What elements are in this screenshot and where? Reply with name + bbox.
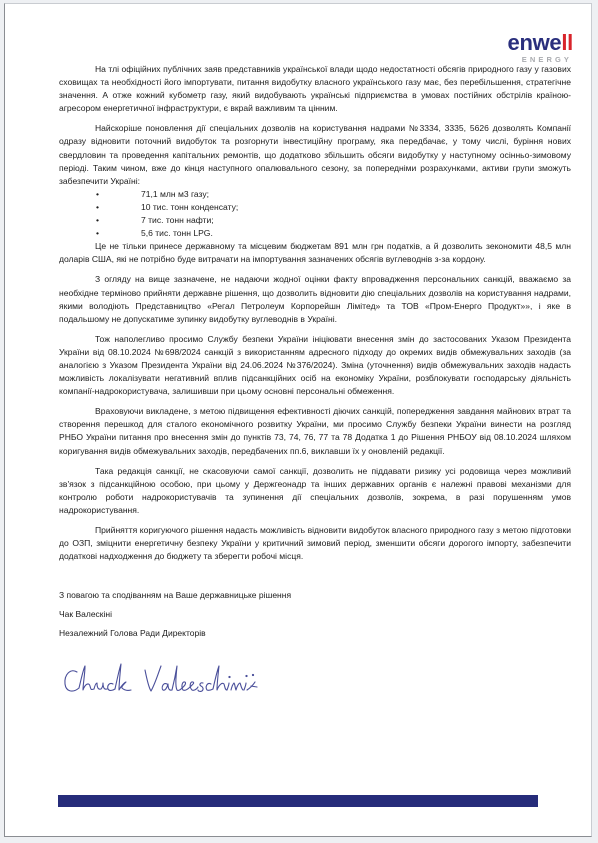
handwritten-signature	[61, 656, 281, 702]
list-item-text: 71,1 млн м3 газу;	[141, 189, 209, 199]
logo-word-main: enwe	[508, 30, 562, 55]
bullet-icon: •	[96, 188, 99, 201]
paragraph-rnbo-request: Враховуючи викладене, з метою підвищення…	[59, 405, 571, 457]
list-item-text: 10 тис. тонн конденсату;	[141, 202, 238, 212]
list-item: •10 тис. тонн конденсату;	[59, 201, 571, 214]
paragraph-sanction-edit: Така редакція санкції, не скасовуючи сам…	[59, 465, 571, 517]
closing-salutation: З повагою та сподіванням на Ваше державн…	[59, 589, 291, 608]
bullet-icon: •	[96, 201, 99, 214]
bullet-icon: •	[96, 214, 99, 227]
paragraph-budget-benefits: Це не тільки принесе державному та місце…	[59, 240, 571, 266]
paragraph-sbu-request: Тож наполегливо просимо Службу безпеки У…	[59, 333, 571, 398]
letter-body: На тлі офіційних публічних заяв представ…	[59, 63, 571, 570]
paragraph-permits-renewal: Найскоріше поновлення дії спеціальних до…	[59, 122, 571, 187]
list-item: •5,6 тис. тонн LPG.	[59, 227, 571, 240]
list-item-text: 5,6 тис. тонн LPG.	[141, 228, 213, 238]
list-item-text: 7 тис. тонн нафти;	[141, 215, 214, 225]
signatory-title: Незалежний Голова Ради Директорів	[59, 627, 291, 646]
production-list: •71,1 млн м3 газу; •10 тис. тонн конденс…	[59, 188, 571, 240]
letter-closing: З повагою та сподіванням на Ваше державн…	[59, 589, 291, 646]
logo-wordmark: enwell	[508, 32, 573, 54]
letter-page: enwell ENERGY На тлі офіційних публічних…	[4, 3, 592, 837]
bullet-icon: •	[96, 227, 99, 240]
footer-bar	[58, 795, 538, 807]
logo-word-accent: ll	[561, 30, 573, 55]
paragraph-conclusion: Прийняття коригуючого рішення надасть мо…	[59, 524, 571, 563]
list-item: •7 тис. тонн нафти;	[59, 214, 571, 227]
paragraph-state-decision: З огляду на вище зазначене, не надаючи ж…	[59, 273, 571, 325]
paragraph-gas-importance: На тлі офіційних публічних заяв представ…	[59, 63, 571, 115]
list-item: •71,1 млн м3 газу;	[59, 188, 571, 201]
signatory-name: Чак Валескіні	[59, 608, 291, 627]
enwell-energy-logo: enwell ENERGY	[483, 32, 573, 66]
